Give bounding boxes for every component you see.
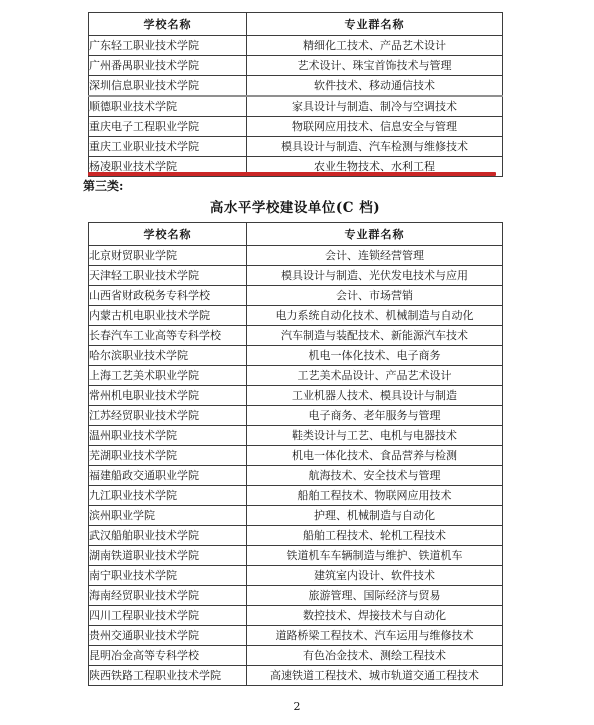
school-name-cell: 重庆工业职业技术学院 [89,137,247,157]
specialty-groups-cell: 模具设计与制造、汽车检测与维修技术 [247,137,503,157]
table-row: 九江职业技术学院 船舶工程技术、物联网应用技术 [89,486,503,506]
specialty-groups-cell: 软件技术、移动通信技术 [247,76,503,97]
school-name-cell: 滨州职业学院 [89,506,247,526]
school-name-cell: 福建船政交通职业学院 [89,466,247,486]
table2-title: 高水平学校建设单位(C 档) [88,196,502,216]
specialty-groups-cell: 鞋类设计与工艺、电机与电器技术 [247,426,503,446]
specialty-groups-cell: 工业机器人技术、模具设计与制造 [247,386,503,406]
school-name-cell: 长春汽车工业高等专科学校 [89,326,247,346]
specialty-groups-cell: 建筑室内设计、软件技术 [247,566,503,586]
table-header-row: 学校名称 专业群名称 [89,223,503,246]
specialty-groups-cell: 道路桥梁工程技术、汽车运用与维修技术 [247,626,503,646]
school-name-cell: 上海工艺美术职业学院 [89,366,247,386]
table-row: 贵州交通职业技术学院 道路桥梁工程技术、汽车运用与维修技术 [89,626,503,646]
school-name-cell: 湖南铁道职业技术学院 [89,546,247,566]
table-row: 深圳信息职业技术学院 软件技术、移动通信技术 [89,76,503,97]
school-table-1: 学校名称 专业群名称 广东轻工职业技术学院 精细化工技术、产品艺术设计 广州番禺… [88,12,503,177]
specialty-groups-cell: 船舶工程技术、物联网应用技术 [247,486,503,506]
table-row: 北京财贸职业学院 会计、连锁经营管理 [89,246,503,266]
specialty-groups-cell: 旅游管理、国际经济与贸易 [247,586,503,606]
specialty-groups-cell: 会计、市场营销 [247,286,503,306]
page-number: 2 [0,700,594,713]
specialty-groups-cell: 数控技术、焊接技术与自动化 [247,606,503,626]
specialty-groups-cell: 有色冶金技术、测绘工程技术 [247,646,503,666]
specialty-groups-cell: 航海技术、安全技术与管理 [247,466,503,486]
school-name-cell: 贵州交通职业技术学院 [89,626,247,646]
document-page: 学校名称 专业群名称 广东轻工职业技术学院 精细化工技术、产品艺术设计 广州番禺… [0,0,594,725]
table-row: 重庆电子工程职业学院 物联网应用技术、信息安全与管理 [89,117,503,137]
school-name-cell: 陕西铁路工程职业技术学院 [89,666,247,686]
table-row: 常州机电职业技术学院 工业机器人技术、模具设计与制造 [89,386,503,406]
table-row: 海南经贸职业技术学院 旅游管理、国际经济与贸易 [89,586,503,606]
school-name-cell: 武汉船舶职业技术学院 [89,526,247,546]
specialty-groups-cell: 铁道机车车辆制造与维护、铁道机车 [247,546,503,566]
specialty-groups-cell: 机电一体化技术、食品营养与检测 [247,446,503,466]
table-row: 顺德职业技术学院 家具设计与制造、制冷与空调技术 [89,96,503,117]
school-name-cell: 南宁职业技术学院 [89,566,247,586]
school-name-cell: 海南经贸职业技术学院 [89,586,247,606]
school-name-cell: 广州番禺职业技术学院 [89,56,247,76]
specialty-groups-cell: 船舶工程技术、轮机工程技术 [247,526,503,546]
table-row: 天津轻工职业技术学院 模具设计与制造、光伏发电技术与应用 [89,266,503,286]
column-header-groups: 专业群名称 [247,13,503,36]
school-name-cell: 顺德职业技术学院 [89,96,247,117]
table-row: 长春汽车工业高等专科学校 汽车制造与装配技术、新能源汽车技术 [89,326,503,346]
section-label: 第三类: [83,177,123,194]
school-name-cell: 常州机电职业技术学院 [89,386,247,406]
column-header-groups: 专业群名称 [247,223,503,246]
specialty-groups-cell: 电力系统自动化技术、机械制造与自动化 [247,306,503,326]
school-name-cell: 昆明冶金高等专科学校 [89,646,247,666]
school-name-cell: 温州职业技术学院 [89,426,247,446]
school-name-cell: 哈尔滨职业技术学院 [89,346,247,366]
table-row: 福建船政交通职业学院 航海技术、安全技术与管理 [89,466,503,486]
table-row: 南宁职业技术学院 建筑室内设计、软件技术 [89,566,503,586]
table-row: 芜湖职业技术学院 机电一体化技术、食品营养与检测 [89,446,503,466]
table-row: 广东轻工职业技术学院 精细化工技术、产品艺术设计 [89,36,503,56]
specialty-groups-cell: 模具设计与制造、光伏发电技术与应用 [247,266,503,286]
school-name-cell: 江苏经贸职业技术学院 [89,406,247,426]
table-row: 江苏经贸职业技术学院 电子商务、老年服务与管理 [89,406,503,426]
school-name-cell: 九江职业技术学院 [89,486,247,506]
specialty-groups-cell: 家具设计与制造、制冷与空调技术 [247,96,503,117]
school-table-2: 学校名称 专业群名称 北京财贸职业学院 会计、连锁经营管理 天津轻工职业技术学院… [88,222,503,686]
school-name-cell: 广东轻工职业技术学院 [89,36,247,56]
specialty-groups-cell: 精细化工技术、产品艺术设计 [247,36,503,56]
table-row: 上海工艺美术职业学院 工艺美术品设计、产品艺术设计 [89,366,503,386]
table-row: 广州番禺职业技术学院 艺术设计、珠宝首饰技术与管理 [89,56,503,76]
table-row: 陕西铁路工程职业技术学院 高速铁道工程技术、城市轨道交通工程技术 [89,666,503,686]
table-row: 温州职业技术学院 鞋类设计与工艺、电机与电器技术 [89,426,503,446]
table-row: 昆明冶金高等专科学校 有色冶金技术、测绘工程技术 [89,646,503,666]
column-header-school: 学校名称 [89,223,247,246]
table-row: 滨州职业学院 护理、机械制造与自动化 [89,506,503,526]
school-name-cell: 山西省财政税务专科学校 [89,286,247,306]
specialty-groups-cell: 机电一体化技术、电子商务 [247,346,503,366]
specialty-groups-cell: 高速铁道工程技术、城市轨道交通工程技术 [247,666,503,686]
table-header-row: 学校名称 专业群名称 [89,13,503,36]
red-annotation-line [88,172,496,176]
specialty-groups-cell: 物联网应用技术、信息安全与管理 [247,117,503,137]
table-row: 哈尔滨职业技术学院 机电一体化技术、电子商务 [89,346,503,366]
school-name-cell: 重庆电子工程职业学院 [89,117,247,137]
specialty-groups-cell: 工艺美术品设计、产品艺术设计 [247,366,503,386]
school-name-cell: 北京财贸职业学院 [89,246,247,266]
table-row: 内蒙古机电职业技术学院 电力系统自动化技术、机械制造与自动化 [89,306,503,326]
specialty-groups-cell: 护理、机械制造与自动化 [247,506,503,526]
specialty-groups-cell: 艺术设计、珠宝首饰技术与管理 [247,56,503,76]
table-row: 山西省财政税务专科学校 会计、市场营销 [89,286,503,306]
table-row: 武汉船舶职业技术学院 船舶工程技术、轮机工程技术 [89,526,503,546]
column-header-school: 学校名称 [89,13,247,36]
school-name-cell: 深圳信息职业技术学院 [89,76,247,97]
school-name-cell: 四川工程职业技术学院 [89,606,247,626]
school-name-cell: 芜湖职业技术学院 [89,446,247,466]
specialty-groups-cell: 汽车制造与装配技术、新能源汽车技术 [247,326,503,346]
school-name-cell: 内蒙古机电职业技术学院 [89,306,247,326]
specialty-groups-cell: 会计、连锁经营管理 [247,246,503,266]
school-name-cell: 天津轻工职业技术学院 [89,266,247,286]
table-row: 重庆工业职业技术学院 模具设计与制造、汽车检测与维修技术 [89,137,503,157]
table-row: 湖南铁道职业技术学院 铁道机车车辆制造与维护、铁道机车 [89,546,503,566]
specialty-groups-cell: 电子商务、老年服务与管理 [247,406,503,426]
table-row: 四川工程职业技术学院 数控技术、焊接技术与自动化 [89,606,503,626]
